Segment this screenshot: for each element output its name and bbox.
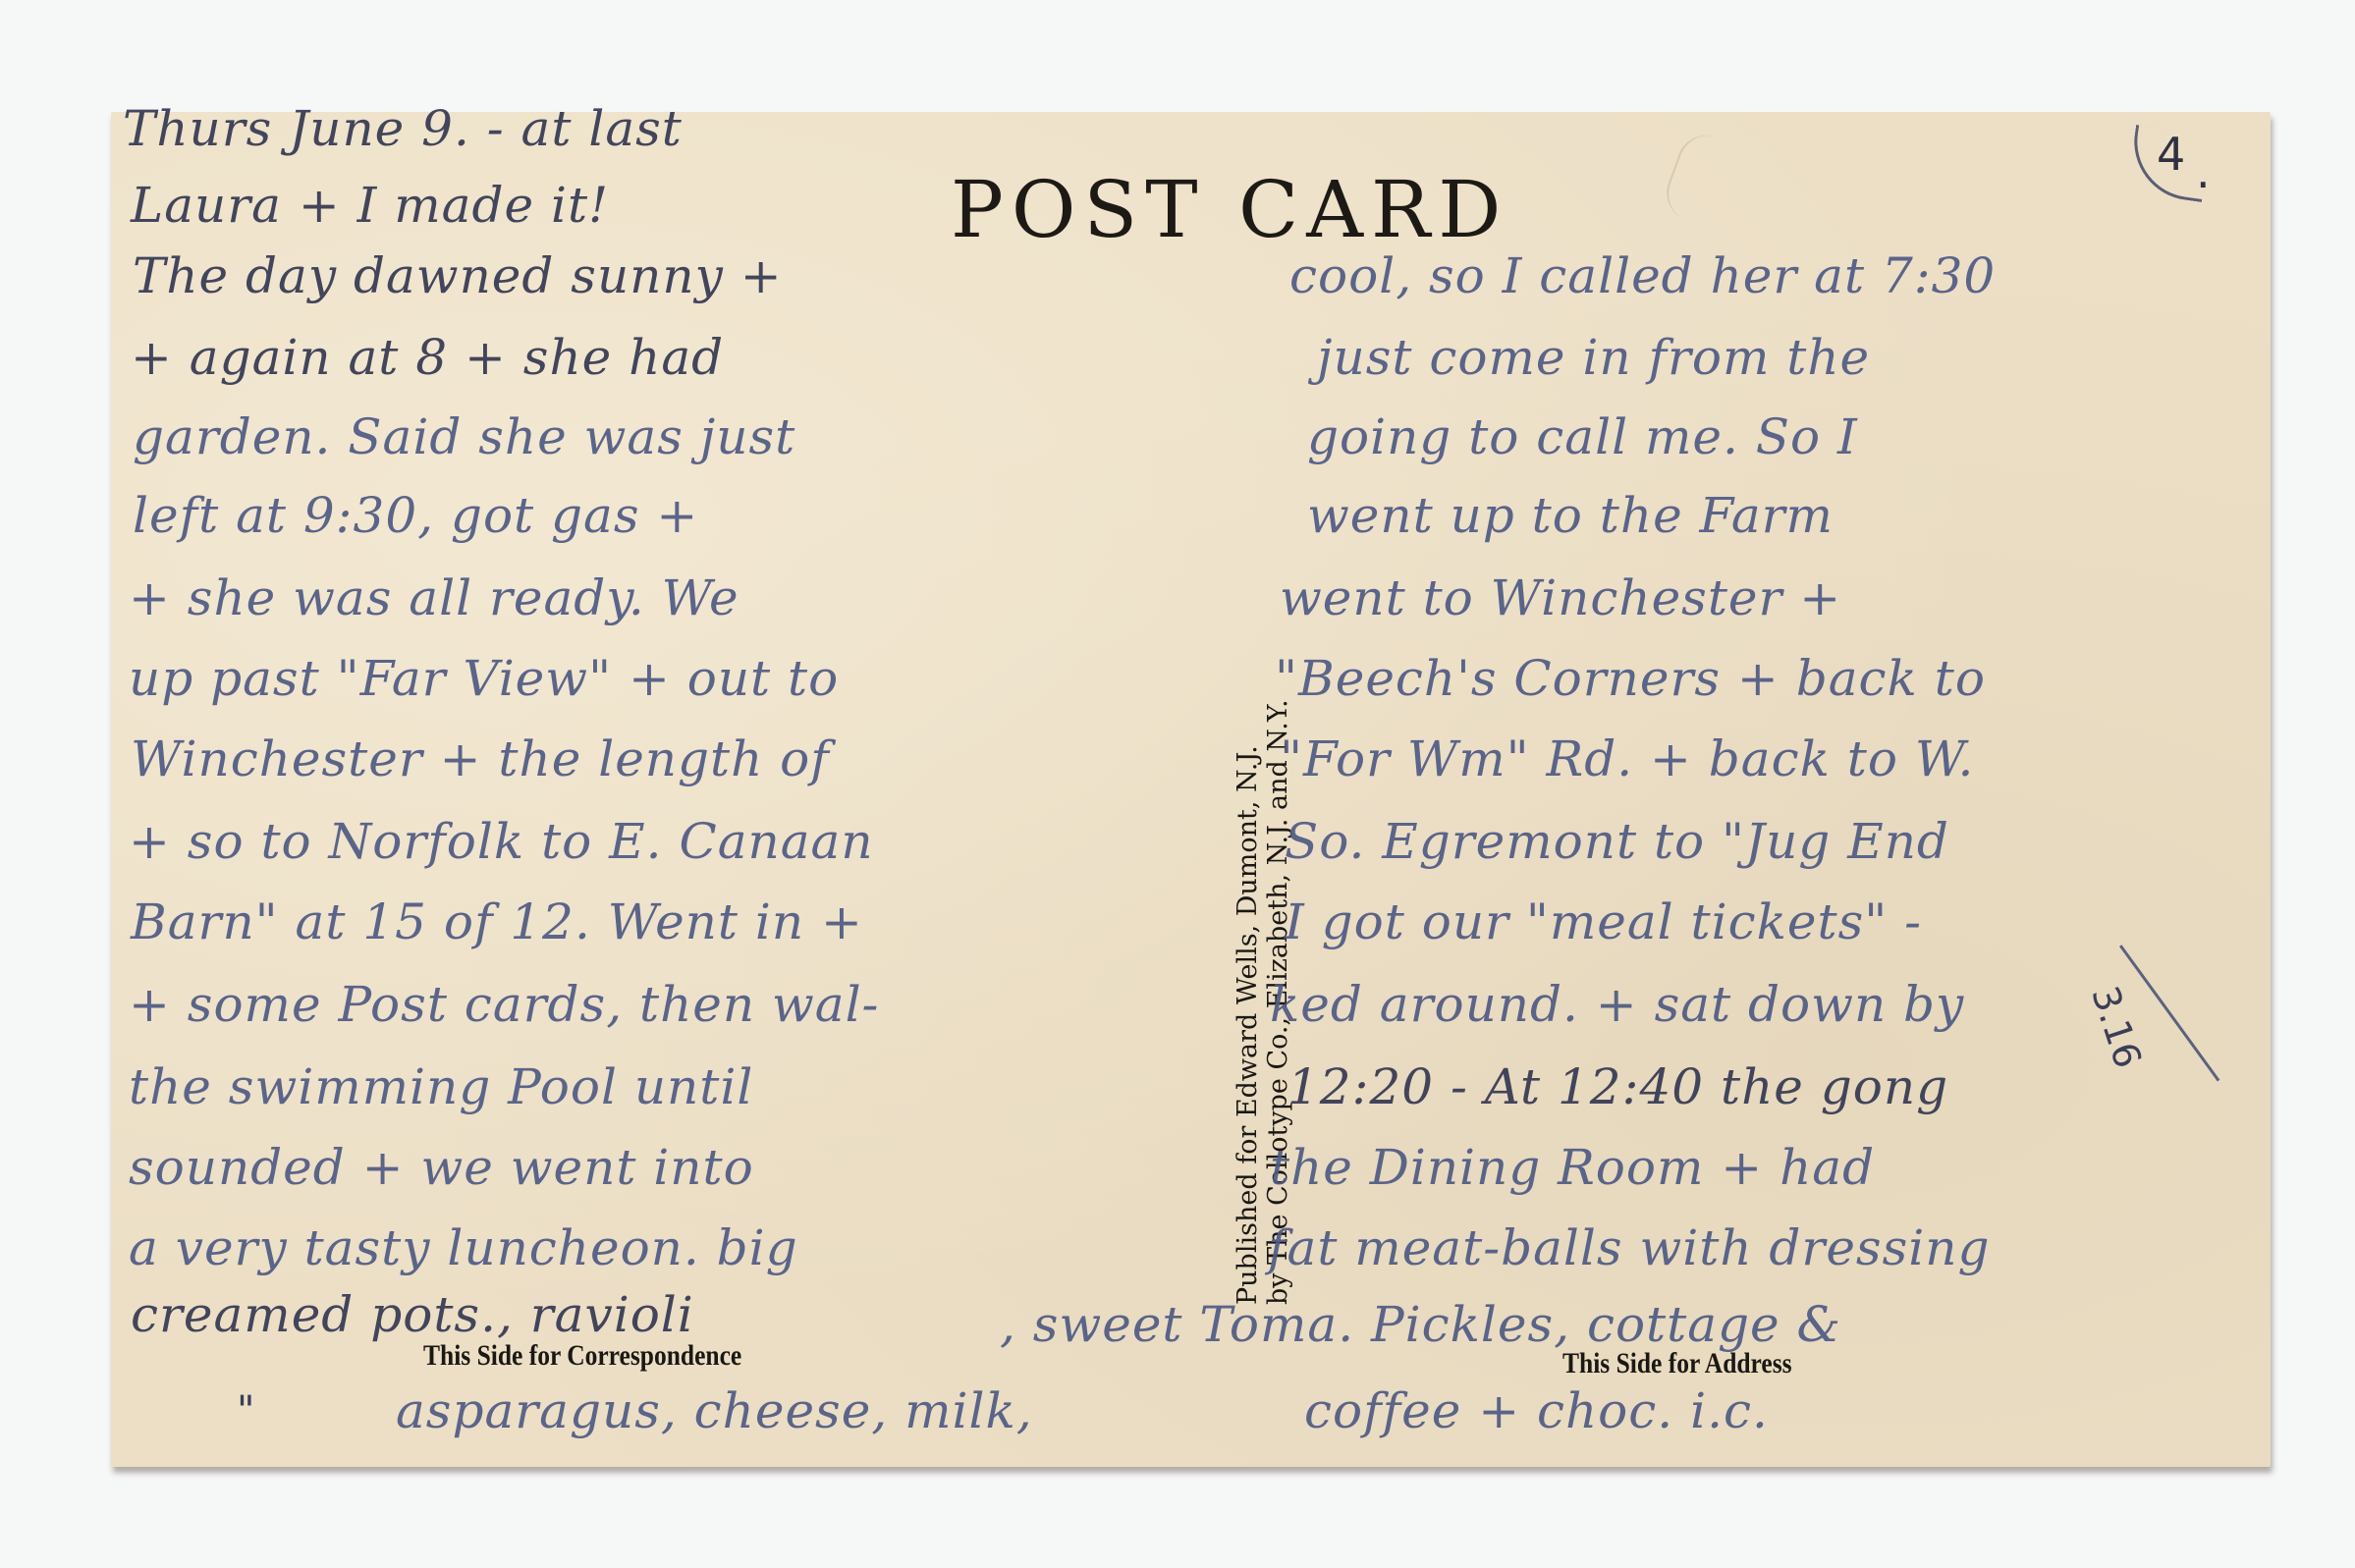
handwriting-line: 12:20 - At 12:40 the gong bbox=[1287, 1062, 1948, 1111]
page-number-dot: . bbox=[2196, 145, 2211, 198]
handwriting-line: cool, so I called her at 7:30 bbox=[1289, 251, 1996, 300]
handwriting-line: + so to Norfolk to E. Canaan bbox=[129, 817, 874, 866]
handwriting-line: the swimming Pool until bbox=[129, 1062, 753, 1111]
postcard: POST CARD 4 . Published for Edward Wells… bbox=[111, 112, 2271, 1467]
pencil-mark bbox=[1659, 128, 1727, 225]
handwriting-line: Laura + I made it! bbox=[131, 181, 609, 230]
handwriting-line: The day dawned sunny + bbox=[133, 251, 783, 300]
ditto-mark: " bbox=[237, 1388, 254, 1433]
handwriting-line: just come in from the bbox=[1317, 333, 1870, 382]
handwriting-line: + some Post cards, then wal- bbox=[129, 980, 879, 1029]
handwriting-line: ked around. + sat down by bbox=[1270, 980, 1964, 1029]
handwriting-line: So. Egremont to "Jug End bbox=[1285, 817, 1949, 866]
handwriting-line: , sweet Toma. Pickles, cottage & bbox=[1000, 1300, 1841, 1349]
correspondence-label: This Side for Correspondence bbox=[423, 1339, 741, 1373]
handwriting-line: the Dining Room + had bbox=[1270, 1143, 1875, 1192]
handwriting-line: garden. Said she was just bbox=[133, 412, 795, 461]
handwriting-line: asparagus, cheese, milk, bbox=[396, 1386, 1033, 1435]
handwriting-line: Thurs June 9. - at last bbox=[123, 104, 683, 153]
handwriting-line: "Beech's Corners + back to bbox=[1275, 654, 1986, 703]
page-number: 4 bbox=[2157, 128, 2185, 181]
handwriting-line: + she was all ready. We bbox=[129, 573, 739, 622]
handwriting-line: I got our "meal tickets" - bbox=[1285, 897, 1922, 946]
handwriting-line: coffee + choc. i.c. bbox=[1304, 1386, 1769, 1435]
handwriting-line: Winchester + the length of bbox=[131, 734, 830, 784]
handwriting-line: went to Winchester + bbox=[1280, 573, 1841, 622]
handwriting-line: left at 9:30, got gas + bbox=[133, 491, 698, 540]
handwriting-line: went up to the Farm bbox=[1307, 491, 1834, 540]
handwriting-line: fat meat-balls with dressing bbox=[1268, 1223, 1990, 1272]
handwriting-line: creamed pots., ravioli bbox=[131, 1290, 694, 1339]
handwriting-line: sounded + we went into bbox=[129, 1143, 754, 1192]
handwriting-line: Barn" at 15 of 12. Went in + bbox=[131, 897, 863, 946]
post-card-title: POST CARD bbox=[951, 171, 1508, 249]
handwriting-line: up past "Far View" + out to bbox=[129, 654, 839, 703]
handwriting-line: + again at 8 + she had bbox=[131, 333, 724, 382]
publisher-line-1: Published for Edward Wells, Dumont, N.J. bbox=[1232, 699, 1263, 1305]
handwriting-line: going to call me. So I bbox=[1307, 412, 1858, 461]
handwriting-line: a very tasty luncheon. big bbox=[129, 1223, 798, 1272]
page-number-marker: 4 . bbox=[2129, 122, 2198, 190]
handwriting-line: "For Wm" Rd. + back to W. bbox=[1280, 734, 1974, 784]
side-annotation: 3.16 bbox=[2083, 981, 2150, 1073]
